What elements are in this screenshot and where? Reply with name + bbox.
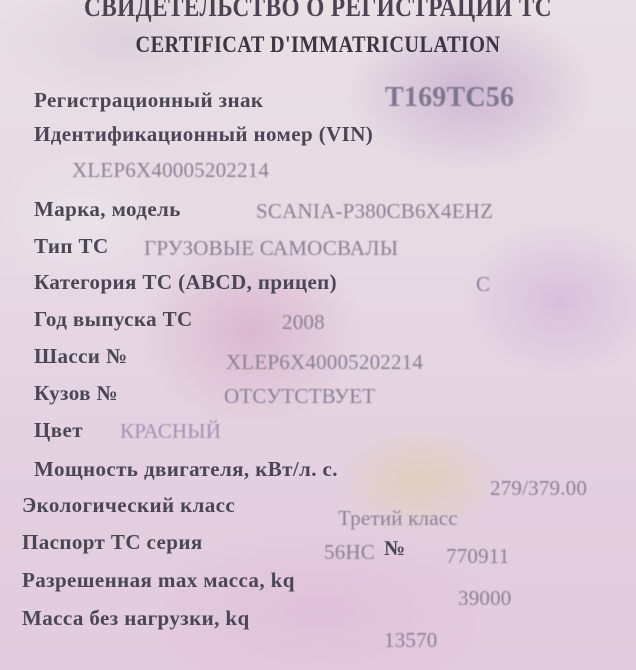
label-category: Категория ТС (ABCD, прицеп) [34,270,337,295]
label-make-model: Марка, модель [34,197,181,222]
value-year: 2008 [282,310,325,335]
value-max-mass: 39000 [458,586,512,611]
label-registration-plate: Регистрационный знак [34,88,263,113]
label-eco-class: Экологический класс [22,493,235,518]
label-unladen-mass: Масса без нагрузки, kq [22,606,250,631]
value-passport-series: 56НС [324,540,375,565]
label-vin: Идентификационный номер (VIN) [34,122,373,147]
label-vehicle-type: Тип ТС [34,234,109,259]
label-passport: Паспорт ТС серия [22,530,203,555]
title-french: CERTIFICAT D'IMMATRICULATION [38,32,598,58]
value-make-model: SCANIA-P380CB6X4EHZ [256,199,493,224]
value-engine-power: 279/379.00 [490,476,587,501]
value-passport-number: 770911 [446,544,509,569]
registration-certificate: СВИДЕТЕЛЬСТВО О РЕГИСТРАЦИИ ТС CERTIFICA… [0,0,636,670]
label-engine-power: Мощность двигателя, кВт/л. с. [34,457,338,482]
value-registration-plate: Т169ТС56 [385,82,514,114]
value-category: C [476,272,490,297]
value-chassis: XLEP6X40005202214 [226,350,423,375]
value-vehicle-type: ГРУЗОВЫЕ САМОСВАЛЫ [144,236,398,261]
label-year: Год выпуска ТС [34,307,193,332]
value-eco-class: Третий класс [338,506,458,531]
label-max-mass: Разрешенная max масса, kq [22,568,295,593]
value-body: ОТСУТСТВУЕТ [224,384,375,409]
label-chassis: Шасси № [34,344,127,369]
value-vin: XLEP6X40005202214 [72,158,269,183]
value-unladen-mass: 13570 [384,628,438,653]
value-color: КРАСНЫЙ [120,419,221,444]
label-color: Цвет [34,418,83,443]
passport-number-sign: № [384,536,405,561]
label-body: Кузов № [34,381,118,406]
title-russian: СВИДЕТЕЛЬСТВО О РЕГИСТРАЦИИ ТС [45,0,592,23]
